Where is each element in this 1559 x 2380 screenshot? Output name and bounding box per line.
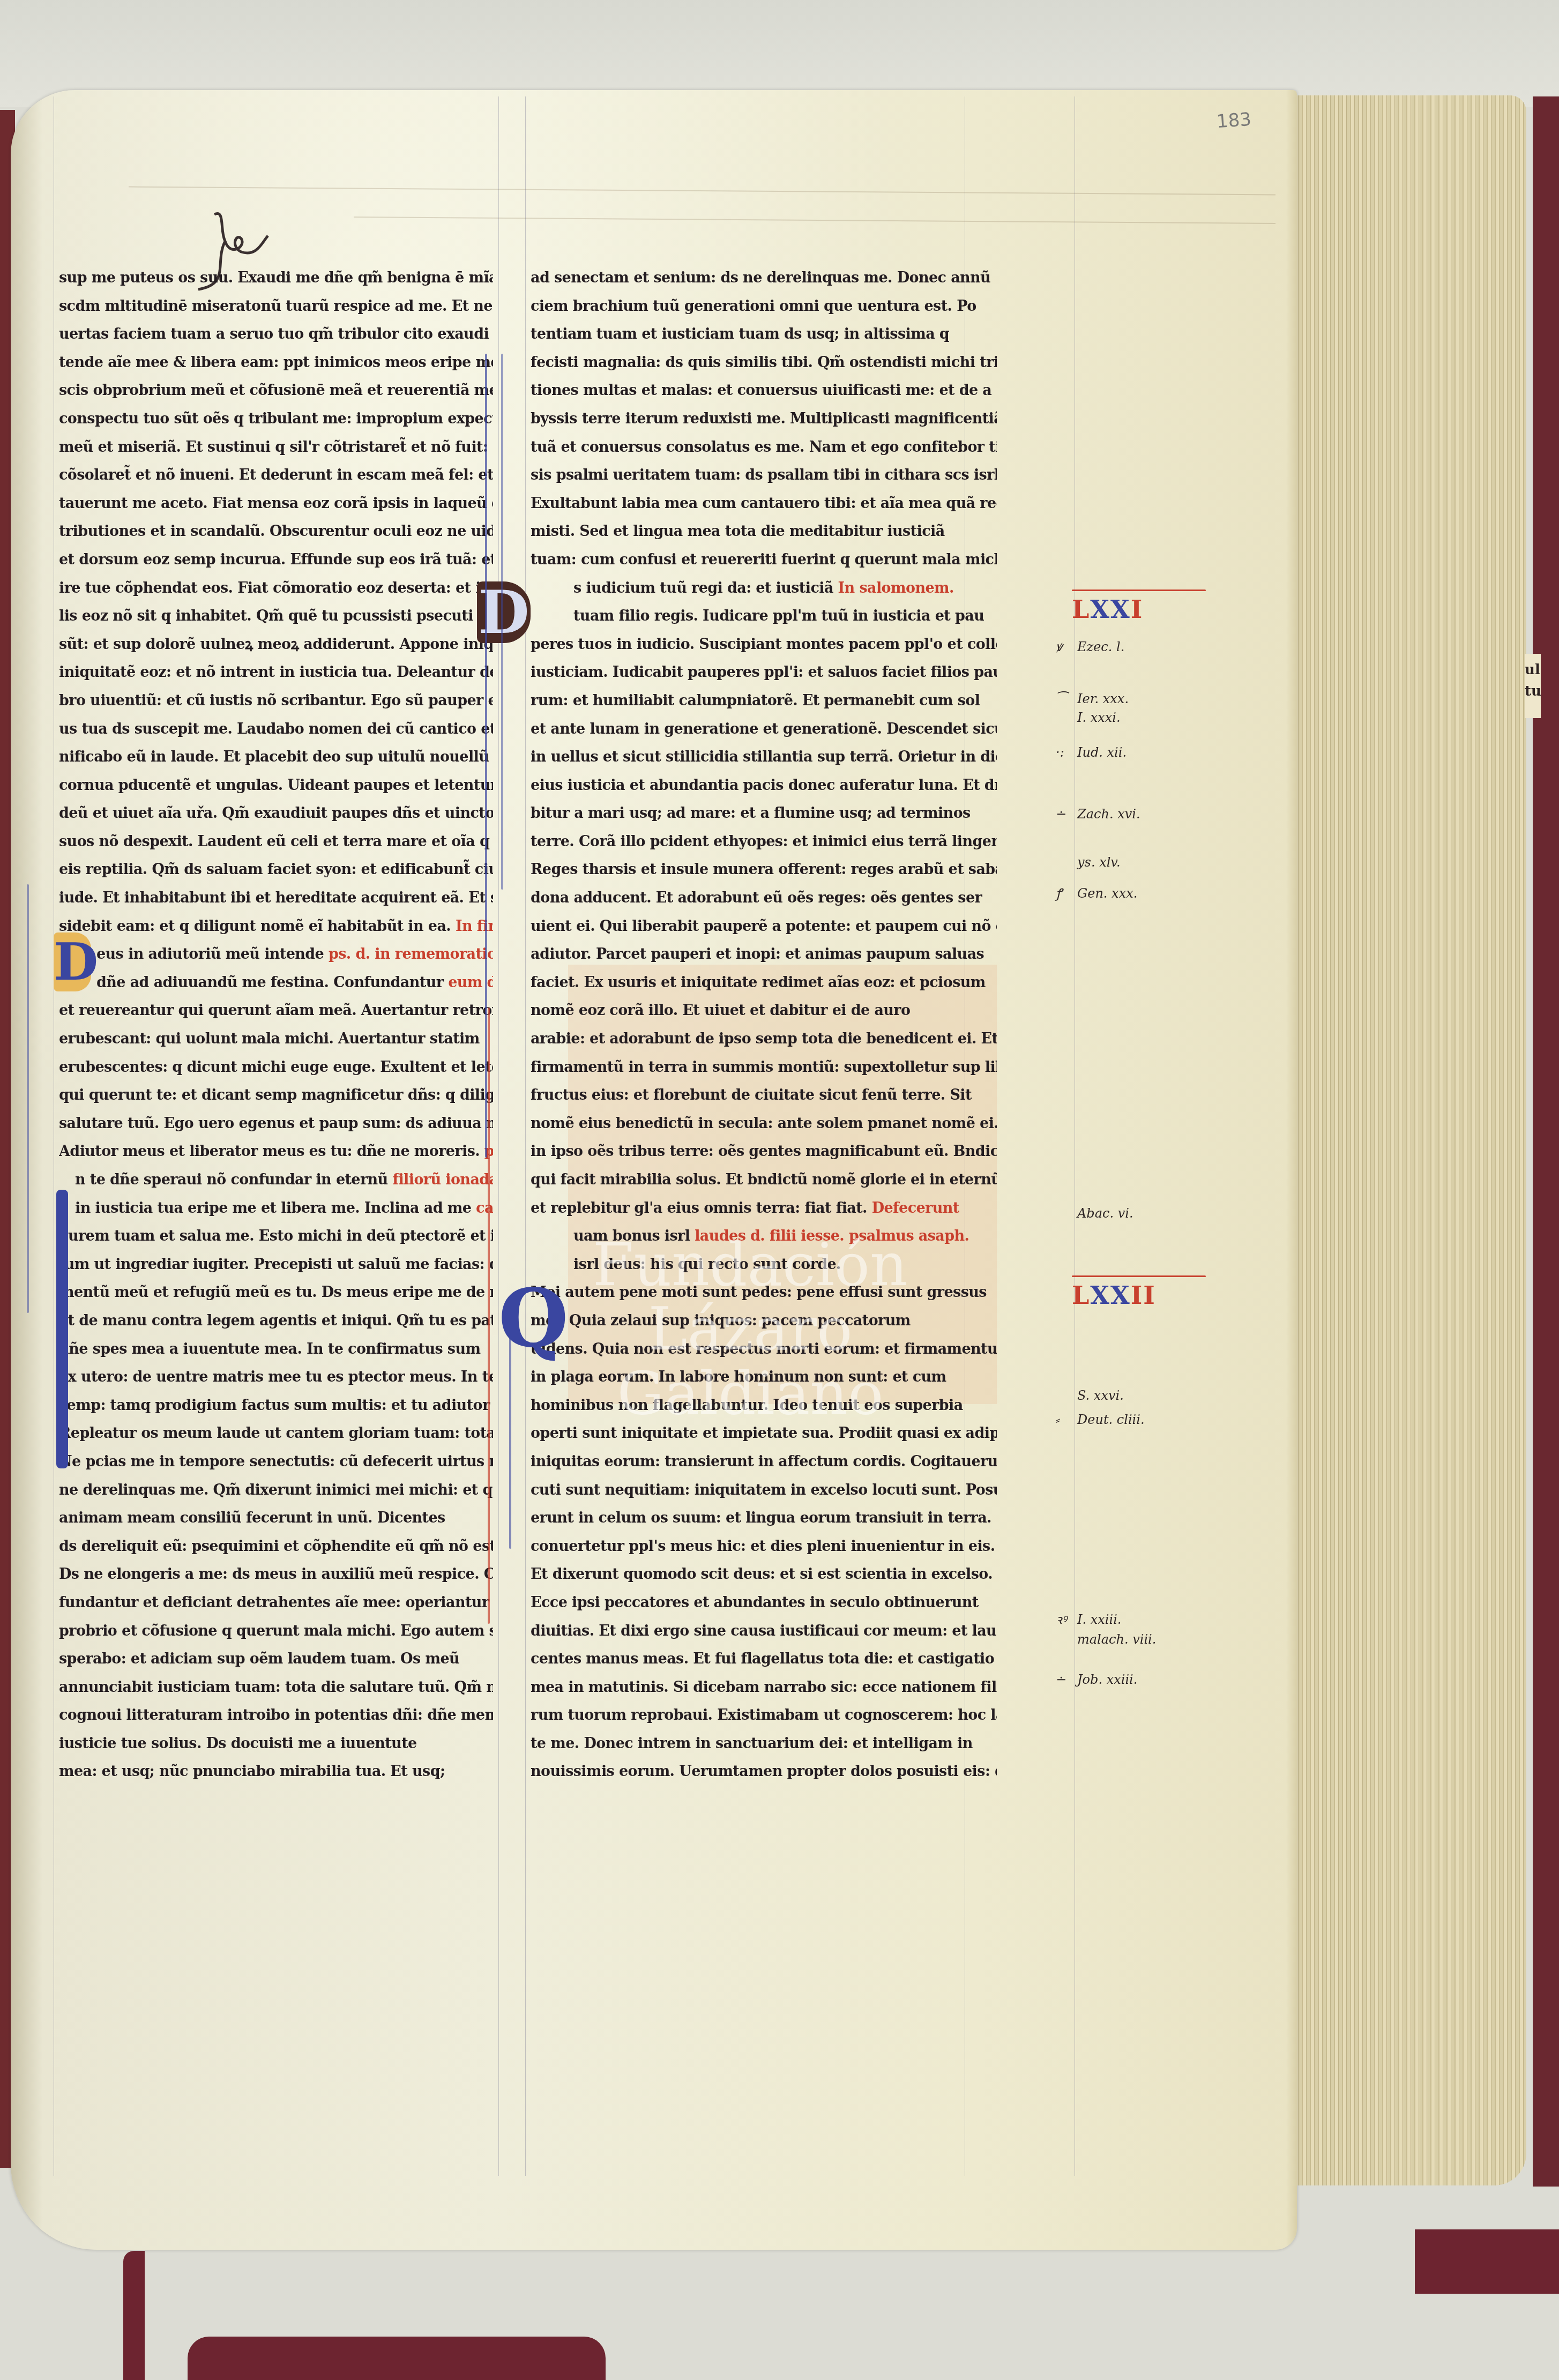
- left-text-column: sup me puteus os suu. Exaudi me dñe qm̃ …: [59, 264, 493, 1786]
- psalm-number-lxxii: LXXII: [1072, 1281, 1156, 1310]
- rubric-filiorum: filiorũ ionadab et prior: [392, 1172, 493, 1188]
- text-segment: n te dñe speraui nõ confundar in eternũ: [75, 1172, 392, 1188]
- margin-ref: S. xxvi.: [1056, 1388, 1124, 1403]
- ruling-line: [498, 96, 499, 2176]
- text-segment: et replebitur gl'a eius omnis terra: fia…: [531, 1200, 872, 1217]
- text-line: sup me puteus os suu. Exaudi me dñe qm̃ …: [59, 264, 493, 293]
- pen-flourish-blue-2: [501, 354, 503, 890]
- text-line: n te dñe speraui nõ confundar in eternũ …: [59, 1166, 493, 1195]
- text-line: Ecce ipsi peccatores et abundantes in se…: [531, 1589, 997, 1617]
- rubric-in-finem: In finem: [456, 918, 493, 935]
- margin-ref: malach. viii.: [1056, 1632, 1156, 1647]
- margin-ref: ꝛꝰI. xxiii.: [1056, 1610, 1121, 1628]
- text-line: us tua ds suscepit me. Laudabo nomen dei…: [59, 715, 493, 744]
- text-line: uertas faciem tuam a seruo tuo qm̃ tribu…: [59, 320, 493, 349]
- text-line: nomẽ eoz corã illo. Et uiuet et dabitur …: [531, 997, 997, 1025]
- text-line: ciem brachium tuũ generationi omni que u…: [531, 293, 997, 321]
- margin-ref: ꝟEzec. l.: [1056, 638, 1124, 655]
- text-line: mentũ meũ et refugiũ meũ es tu. Ds meus …: [59, 1279, 493, 1307]
- margin-ref: ∸Zach. xvi.: [1056, 807, 1140, 822]
- text-line: ds dereliquit eũ: psequimini et cõphendi…: [59, 1533, 493, 1561]
- text-line: ne derelinquas me. Qm̃ dixerunt inimici …: [59, 1476, 493, 1505]
- text-line: dñe ad adiuuandũ me festina. Confundantu…: [59, 969, 493, 997]
- text-line: tributiones et in scandalũ. Obscurentur …: [59, 518, 493, 546]
- text-segment: s iudicium tuũ regi da: et iusticiã: [573, 580, 838, 596]
- text-line: erubescentes: q dicunt michi euge euge. …: [59, 1054, 493, 1082]
- text-line: eius iusticia et abundantia pacis donec …: [531, 772, 997, 800]
- text-line: cornua pducentẽ et ungulas. Uideant paup…: [59, 772, 493, 800]
- text-line: scdm mltitudinē miseratonũ tuarũ respice…: [59, 293, 493, 321]
- margin-ref: ∸Job. xxiii.: [1056, 1672, 1137, 1687]
- pen-flourish-blue: [485, 354, 487, 1158]
- text-line: qui facit mirabilia solus. Et bndictũ no…: [531, 1166, 997, 1195]
- text-line: eis reptilia. Qm̃ ds saluam faciet syon:…: [59, 856, 493, 884]
- text-line: te me. Donec intrem in sanctuarium dei: …: [531, 1730, 997, 1758]
- initial-d-psalm70: D: [54, 932, 91, 991]
- text-segment: Adiutor meus et liberator meus es tu: dñ…: [59, 1143, 484, 1160]
- text-line: firmamentũ in terra in summis montiũ: su…: [531, 1054, 997, 1082]
- initial-q-psalm72: Q: [498, 1267, 531, 1369]
- text-line: tiones multas et malas: et conuersus uiu…: [531, 377, 997, 405]
- text-line: diuitias. Et dixi ergo sine causa iustif…: [531, 1617, 997, 1646]
- text-line: Adiutor meus et liberator meus es tu: dñ…: [59, 1138, 493, 1166]
- margin-ref: I. xxxi.: [1056, 710, 1121, 725]
- text-line: ad senectam et senium: ds ne derelinquas…: [531, 264, 997, 293]
- text-line: animam meam consiliũ fecerunt in unũ. Di…: [59, 1504, 493, 1533]
- text-line: dñe spes mea a iuuentute mea. In te conf…: [59, 1336, 493, 1364]
- text-line: Exultabunt labia mea cum cantauero tibi:…: [531, 490, 997, 518]
- text-line: tuam filio regis. Iudicare ppl'm tuũ in …: [531, 602, 997, 631]
- text-line: aurem tuam et salua me. Esto michi in de…: [59, 1222, 493, 1251]
- text-line: arabie: et adorabunt de ipso semp tota d…: [531, 1025, 997, 1054]
- folio-number: 183: [1216, 109, 1252, 132]
- text-line: ire tue cõphendat eos. Fiat cõmoratio eo…: [59, 575, 493, 603]
- text-line: Reges tharsis et insule munera offerent:…: [531, 856, 997, 884]
- text-line: et ante lunam in generatione et generati…: [531, 715, 997, 744]
- text-line: scis obprobrium meũ et cõfusionē meã et …: [59, 377, 493, 405]
- rubric-rememoratione: ps. d. in rememoratione qd saluũ fec: [329, 946, 493, 963]
- margin-ref: ⸗Deut. cliii.: [1056, 1412, 1145, 1428]
- text-line: sis psalmi ueritatem tuam: ds psallam ti…: [531, 461, 997, 490]
- text-line: byssis terre iterum reduxisti me. Multip…: [531, 405, 997, 434]
- text-line: uient ei. Qui liberabit pauperẽ a potent…: [531, 913, 997, 941]
- text-line: nificabo eũ in laude. Et placebit deo su…: [59, 743, 493, 772]
- text-line: nouissimis eorum. Uerumtamen propter dol…: [531, 1758, 997, 1786]
- text-segment: in iusticia tua eripe me et libera me. I…: [75, 1200, 476, 1217]
- text-line: tauerunt me aceto. Fiat mensa eoz corã i…: [59, 490, 493, 518]
- text-line: tentiam tuam et iusticiam tuam ds usq; i…: [531, 320, 997, 349]
- text-line: iude. Et inhabitabunt ibi et hereditate …: [59, 884, 493, 913]
- text-line: suos nõ despexit. Laudent eũ celi et ter…: [59, 828, 493, 856]
- text-line: et replebitur gl'a eius omnis terra: fia…: [531, 1195, 997, 1223]
- text-line: Ds ne elongeris a me: ds meus in auxiliũ…: [59, 1561, 493, 1589]
- text-line: semp: tamq prodigium factus sum multis: …: [59, 1392, 493, 1420]
- text-line: s iudicium tuũ regi da: et iusticiã In s…: [531, 575, 997, 603]
- text-segment: sidebit eam: et q diligunt nomẽ eĩ habit…: [59, 918, 456, 935]
- text-line: salutare tuũ. Ego uero egenus et paup su…: [59, 1110, 493, 1138]
- pen-flourish-left: [27, 884, 29, 1313]
- text-line: sũt: et sup dolorẽ uulneꝝ meoꝝ addiderun…: [59, 631, 493, 659]
- margin-ref: ꝭGen. xxx.: [1056, 884, 1137, 902]
- text-line: dona adducent. Et adorabunt eũ oẽs reges…: [531, 884, 997, 913]
- text-line: in uellus et sicut stillicidia stillanti…: [531, 743, 997, 772]
- text-line: bro uiuentiũ: et cũ iustis nõ scribantur…: [59, 687, 493, 715]
- text-line: rum tuorum reprobaui. Existimabam ut cog…: [531, 1702, 997, 1730]
- next-page-peek: ul tu: [1525, 654, 1541, 718]
- text-line: fructus eius: et florebunt de ciuitate s…: [531, 1081, 997, 1110]
- text-line: cognoui litteraturam introibo in potenti…: [59, 1702, 493, 1730]
- rubric-defecerunt: Defecerunt: [872, 1200, 959, 1217]
- margin-ref: Abac. vi.: [1056, 1206, 1133, 1221]
- text-line: centes manus meas. Et fui flagellatus to…: [531, 1645, 997, 1674]
- rubric-in-salomonem: In salomonem.: [838, 580, 954, 596]
- text-line: et dorsum eoz semp incurua. Effunde sup …: [59, 546, 493, 575]
- text-line: tuã et conuersus consolatus es me. Nam e…: [531, 434, 997, 462]
- text-line: sperabo: et adiciam sup oẽm laudem tuam.…: [59, 1645, 493, 1674]
- ruling-line: [525, 96, 526, 2176]
- text-line: erubescant: qui uolunt mala michi. Auert…: [59, 1025, 493, 1054]
- text-line: Et dixerunt quomodo scit deus: et si est…: [531, 1561, 997, 1589]
- text-line: et de manu contra legem agentis et iniqu…: [59, 1307, 493, 1336]
- text-line: mea in matutinis. Si dicebam narrabo sic…: [531, 1674, 997, 1702]
- watermark: Fundación Lázaro Galdiano: [536, 1233, 965, 1426]
- text-line: meũ et miseriã. Et sustinui q sil'r cõtr…: [59, 434, 493, 462]
- text-line: misti. Sed et lingua mea tota die medita…: [531, 518, 997, 546]
- text-segment: eus in adiutoriũ meũ intende: [96, 946, 329, 963]
- text-line: Repleatur os meum laude ut cantem gloria…: [59, 1420, 493, 1448]
- psalm-number-lxxi: LXXI: [1072, 595, 1143, 624]
- text-line: et reuereantur qui querunt aĩam meã. Aue…: [59, 997, 493, 1025]
- text-line: qui querunt te: et dicant semp magnifice…: [59, 1081, 493, 1110]
- margin-ref: ·:Iud. xii.: [1056, 745, 1127, 760]
- text-line: annunciabit iusticiam tuam: tota die sal…: [59, 1674, 493, 1702]
- text-line: fundantur et deficiant detrahentes aĩe m…: [59, 1589, 493, 1617]
- text-line: conuertetur ppl's meus hic: et dies plen…: [531, 1533, 997, 1561]
- text-line: eus in adiutoriũ meũ intende ps. d. in r…: [59, 941, 493, 969]
- text-line: terre. Corã illo pcident ethyopes: et in…: [531, 828, 997, 856]
- text-line: tuam: cum confusi et reuereriti fuerint …: [531, 546, 997, 575]
- pen-flourish-red: [488, 1008, 490, 1624]
- text-line: lis eoz nõ sit q inhabitet. Qm̃ quẽ tu p…: [59, 602, 493, 631]
- bookmark-ribbon-right: [1415, 2229, 1559, 2294]
- text-line: iniquitatẽ eoz: et nõ intrent in iustici…: [59, 659, 493, 687]
- text-line: in ipso oẽs tribus terre: oẽs gentes mag…: [531, 1138, 997, 1166]
- page-edges-stack: [1291, 95, 1526, 2185]
- text-line: iusticie tue solius. Ds docuisti me a iu…: [59, 1730, 493, 1758]
- text-line: tende aĩe mee & libera eam: ppt inimicos…: [59, 349, 493, 377]
- text-line: adiutor. Parcet pauperi et inopi: et ani…: [531, 941, 997, 969]
- text-line: ex utero: de uentre matris mee tu es pte…: [59, 1363, 493, 1392]
- text-line: fecisti magnalia: ds quis similis tibi. …: [531, 349, 997, 377]
- text-line: probrio et cõfusione q querunt mala mich…: [59, 1617, 493, 1646]
- text-line: peres tuos in iudicio. Suscipiant montes…: [531, 631, 997, 659]
- text-line: sidebit eam: et q diligunt nomẽ eĩ habit…: [59, 913, 493, 941]
- rubric-captiuorum: captiuor: [476, 1200, 493, 1217]
- ruling-line: [1075, 96, 1075, 2176]
- text-line: cuti sunt nequitiam: iniquitatem in exce…: [531, 1476, 997, 1505]
- text-line: in iusticia tua eripe me et libera me. I…: [59, 1195, 493, 1223]
- text-line: faciet. Ex usuris et iniquitate redimet …: [531, 969, 997, 997]
- bookmark-ribbon-left: [123, 2251, 145, 2380]
- ruling-line: [54, 96, 54, 2176]
- middle-text-column: ad senectam et senium: ds ne derelinquas…: [531, 264, 997, 1786]
- text-line: conspectu tuo sũt oẽs q tribulant me: im…: [59, 405, 493, 434]
- margin-ref: ⁀Ier. xxx.: [1056, 691, 1129, 706]
- text-line: cõsolaret̃ et nõ inueni. Et dederunt in …: [59, 461, 493, 490]
- text-line: rum: et humiliabit calumpniatorẽ. Et per…: [531, 687, 997, 715]
- initial-i-psalm70: [56, 1190, 68, 1468]
- text-line: iniquitas eorum: transierunt in affectum…: [531, 1448, 997, 1476]
- text-line: bitur a mari usq; ad mare: et a flumine …: [531, 800, 997, 828]
- bookmark-ribbon-bottom: [188, 2337, 606, 2380]
- text-line: Ne pcias me in tempore senectutis: cũ de…: [59, 1448, 493, 1476]
- text-line: mea: et usq; nũc pnunciabo mirabilia tua…: [59, 1758, 493, 1786]
- text-line: lum ut ingrediar iugiter. Precepisti ut …: [59, 1251, 493, 1279]
- margin-ref: ys. xlv.: [1056, 855, 1121, 870]
- binding-cover-right: [1533, 96, 1559, 2187]
- text-line: nomẽ eius benedictũ in secula: ante sole…: [531, 1110, 997, 1138]
- text-line: iusticiam. Iudicabit pauperes ppl'i: et …: [531, 659, 997, 687]
- pen-flourish-blue-3: [509, 1324, 511, 1549]
- text-segment: dñe ad adiuuandũ me festina. Confundantu…: [96, 974, 448, 991]
- text-line: deũ et uiuet aĩa uřa. Qm̃ exaudiuit paup…: [59, 800, 493, 828]
- text-line: erunt in celum os suum: et lingua eorum …: [531, 1504, 997, 1533]
